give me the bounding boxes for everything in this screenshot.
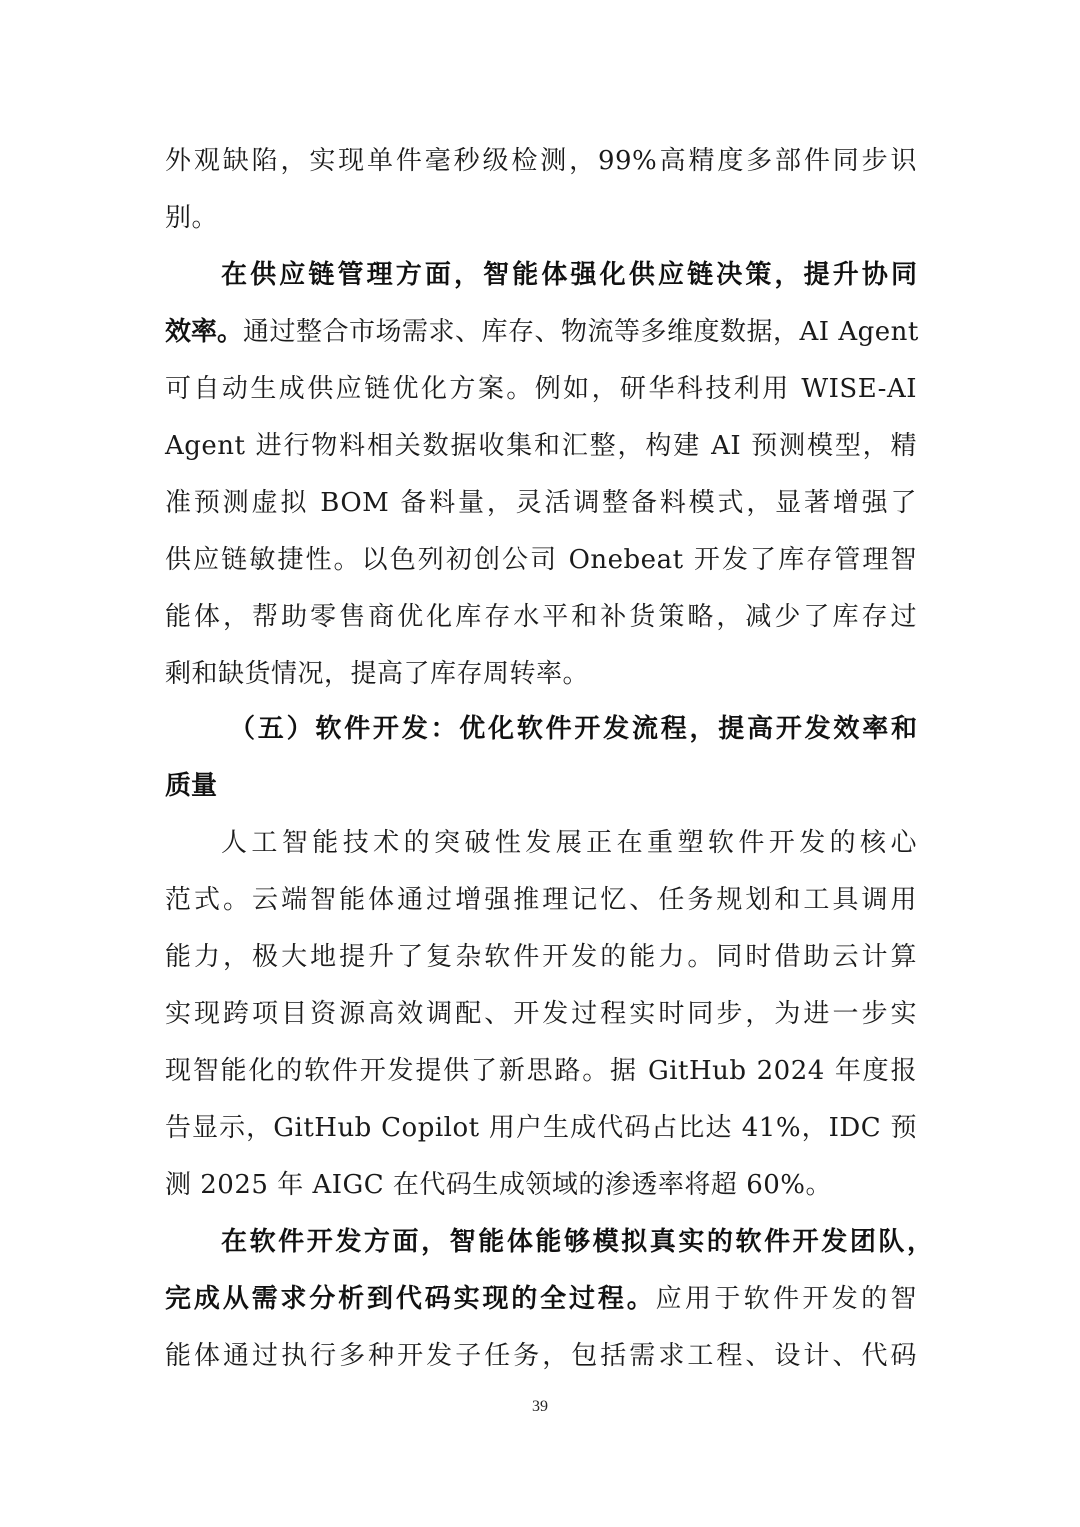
- text-line: 完成从需求分析到代码实现的全过程。应用于软件开发的智: [165, 1279, 917, 1319]
- text-line: 能体，帮助零售商优化库存水平和补货策略，减少了库存过: [165, 597, 917, 637]
- line-text: 测 2025 年 AIGC 在代码生成领域的渗透率将超 60%。: [165, 1170, 832, 1200]
- text-line: 剩和缺货情况，提高了库存周转率。: [165, 654, 917, 694]
- text-line: 效率。通过整合市场需求、库存、物流等多维度数据，AI Agent: [165, 312, 917, 352]
- text-line: 告显示，GitHub Copilot 用户生成代码占比达 41%，IDC 预: [165, 1108, 917, 1148]
- section-heading-text: （五）软件开发：优化软件开发流程，提高开发效率和: [229, 714, 917, 744]
- text-line: 别。: [165, 198, 917, 238]
- line-text: 范式。云端智能体通过增强推理记忆、任务规划和工具调用: [165, 885, 917, 915]
- line-text: 可自动生成供应链优化方案。例如，研华科技利用 WISE-AI: [165, 374, 917, 404]
- section-heading: （五）软件开发：优化软件开发流程，提高开发效率和: [229, 709, 917, 749]
- line-text: 能力，极大地提升了复杂软件开发的能力。同时借助云计算: [165, 942, 917, 972]
- text-line: 能体通过执行多种开发子任务，包括需求工程、设计、代码: [165, 1336, 917, 1376]
- text-line: 范式。云端智能体通过增强推理记忆、任务规划和工具调用: [165, 880, 917, 920]
- text-line: 测 2025 年 AIGC 在代码生成领域的渗透率将超 60%。: [165, 1165, 917, 1205]
- text-line: 供应链敏捷性。以色列初创公司 Onebeat 开发了库存管理智: [165, 540, 917, 580]
- text-line: 外观缺陷，实现单件毫秒级检测，99%高精度多部件同步识: [165, 141, 917, 181]
- bold-lead-text: 完成从需求分析到代码实现的全过程。: [165, 1284, 656, 1314]
- line-text: 现智能化的软件开发提供了新思路。据 GitHub 2024 年度报: [165, 1056, 917, 1086]
- line-text: 剩和缺货情况，提高了库存周转率。: [165, 659, 589, 689]
- line-text: 准预测虚拟 BOM 备料量，灵活调整备料模式，显著增强了: [165, 488, 917, 518]
- text-line: Agent 进行物料相关数据收集和汇整，构建 AI 预测模型，精: [165, 426, 917, 466]
- page-number: 39: [0, 1398, 1080, 1416]
- line-text: 供应链敏捷性。以色列初创公司 Onebeat 开发了库存管理智: [165, 545, 917, 575]
- line-text: 实现跨项目资源高效调配、开发过程实时同步，为进一步实: [165, 999, 917, 1029]
- bold-lead-text: 在软件开发方面，智能体能够模拟真实的软件开发团队，: [221, 1227, 933, 1257]
- text-line: 现智能化的软件开发提供了新思路。据 GitHub 2024 年度报: [165, 1051, 917, 1091]
- section-heading-text: 质量: [165, 771, 217, 801]
- line-text: 外观缺陷，实现单件毫秒级检测，99%高精度多部件同步识: [165, 146, 917, 176]
- section-heading: 质量: [165, 766, 917, 806]
- line-text: 应用于软件开发的智: [656, 1284, 917, 1314]
- line-text: 人工智能技术的突破性发展正在重塑软件开发的核心: [221, 828, 917, 858]
- line-text: 通过整合市场需求、库存、物流等多维度数据，AI Agent: [243, 317, 919, 347]
- bold-lead-text: 效率。: [165, 317, 243, 347]
- bold-lead-line: 在供应链管理方面，智能体强化供应链决策，提升协同: [221, 255, 917, 295]
- text-line: 实现跨项目资源高效调配、开发过程实时同步，为进一步实: [165, 994, 917, 1034]
- bold-lead-text: 在供应链管理方面，智能体强化供应链决策，提升协同: [221, 260, 917, 290]
- line-text: 能体通过执行多种开发子任务，包括需求工程、设计、代码: [165, 1341, 917, 1371]
- text-line: 人工智能技术的突破性发展正在重塑软件开发的核心: [221, 823, 917, 863]
- line-text: Agent 进行物料相关数据收集和汇整，构建 AI 预测模型，精: [165, 431, 917, 461]
- text-line: 可自动生成供应链优化方案。例如，研华科技利用 WISE-AI: [165, 369, 917, 409]
- text-line: 能力，极大地提升了复杂软件开发的能力。同时借助云计算: [165, 937, 917, 977]
- text-line: 准预测虚拟 BOM 备料量，灵活调整备料模式，显著增强了: [165, 483, 917, 523]
- bold-lead-line: 在软件开发方面，智能体能够模拟真实的软件开发团队，: [221, 1222, 933, 1262]
- document-page: 外观缺陷，实现单件毫秒级检测，99%高精度多部件同步识 别。 在供应链管理方面，…: [0, 0, 1080, 1527]
- line-text: 别。: [165, 203, 218, 233]
- line-text: 告显示，GitHub Copilot 用户生成代码占比达 41%，IDC 预: [165, 1113, 917, 1143]
- line-text: 能体，帮助零售商优化库存水平和补货策略，减少了库存过: [165, 602, 917, 632]
